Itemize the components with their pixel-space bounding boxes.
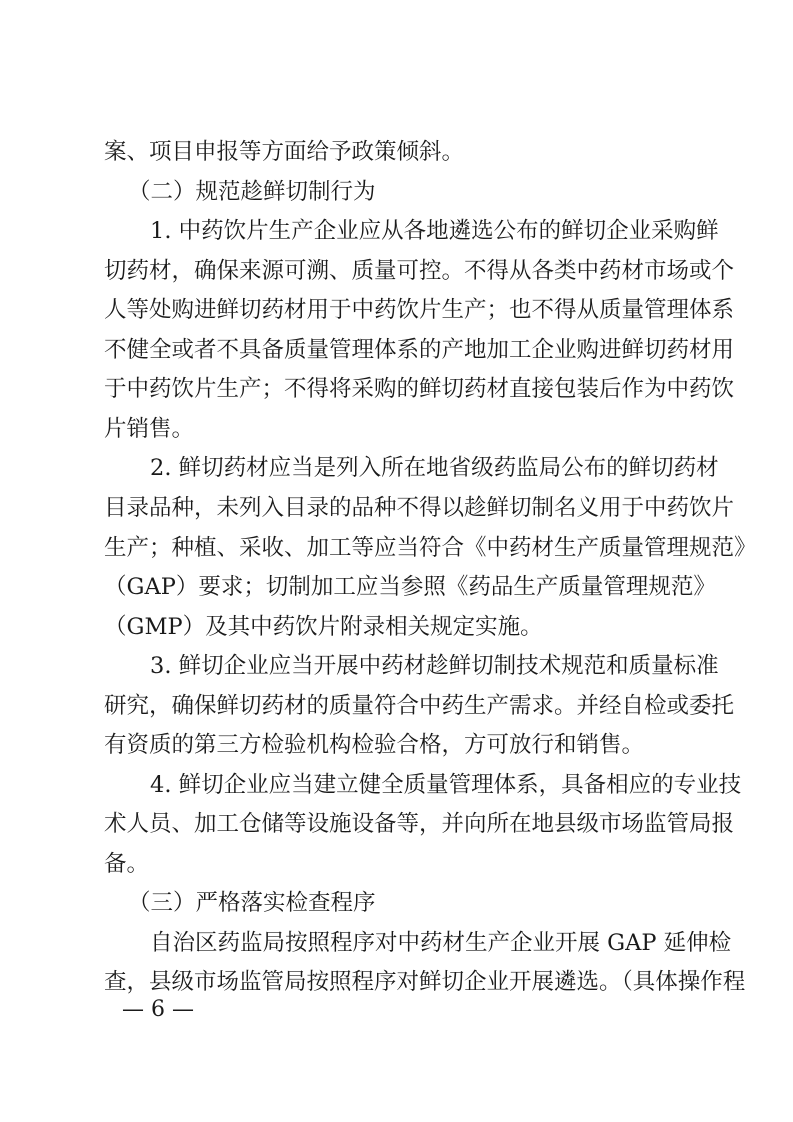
paragraph-line: 研究，确保鲜切药材的质量符合中药生产需求。并经自检或委托 — [104, 692, 692, 720]
page-number: — 6 — — [122, 996, 194, 1024]
item-2-line: 2. 鲜切药材应当是列入所在地省级药监局公布的鲜切药材 — [150, 454, 692, 482]
paragraph-line: （GAP）要求；切制加工应当参照《药品生产质量管理规范》 — [104, 573, 692, 601]
item-1-line: 1. 中药饮片生产企业应从各地遴选公布的鲜切企业采购鲜 — [150, 217, 692, 245]
paragraph-line: 人等处购进鲜切药材用于中药饮片生产；也不得从质量管理体系 — [104, 296, 692, 324]
paragraph-line: 有资质的第三方检验机构检验合格，方可放行和销售。 — [104, 731, 692, 759]
item-3-line: 3. 鲜切企业应当开展中药材趁鲜切制技术规范和质量标准 — [150, 652, 692, 680]
paragraph-line: （GMP）及其中药饮片附录相关规定实施。 — [104, 613, 692, 641]
section-heading-2: （二）规范趁鲜切制行为 — [128, 178, 692, 206]
document-page: 案、项目申报等方面给予政策倾斜。 （二）规范趁鲜切制行为 1. 中药饮片生产企业… — [0, 0, 793, 1122]
paragraph-line: 目录品种，未列入目录的品种不得以趁鲜切制名义用于中药饮片 — [104, 494, 692, 522]
paragraph-line: 术人员、加工仓储等设施设备等，并向所在地县级市场监管局报 — [104, 810, 692, 838]
paragraph-line: 于中药饮片生产；不得将采购的鲜切药材直接包装后作为中药饮 — [104, 375, 692, 403]
item-4-line: 4. 鲜切企业应当建立健全质量管理体系，具备相应的专业技 — [150, 771, 692, 799]
paragraph-line: 自治区药监局按照程序对中药材生产企业开展 GAP 延伸检 — [150, 929, 692, 957]
paragraph-line: 案、项目申报等方面给予政策倾斜。 — [104, 138, 692, 166]
paragraph-line: 片销售。 — [104, 415, 692, 443]
section-heading-3: （三）严格落实检查程序 — [128, 889, 692, 917]
paragraph-line: 备。 — [104, 850, 692, 878]
paragraph-line: 不健全或者不具备质量管理体系的产地加工企业购进鲜切药材用 — [104, 336, 692, 364]
paragraph-line: 切药材，确保来源可溯、质量可控。不得从各类中药材市场或个 — [104, 257, 692, 285]
paragraph-line: 生产；种植、采收、加工等应当符合《中药材生产质量管理规范》 — [104, 534, 692, 562]
paragraph-line: 查，县级市场监管局按照程序对鲜切企业开展遴选。（具体操作程 — [104, 968, 692, 996]
